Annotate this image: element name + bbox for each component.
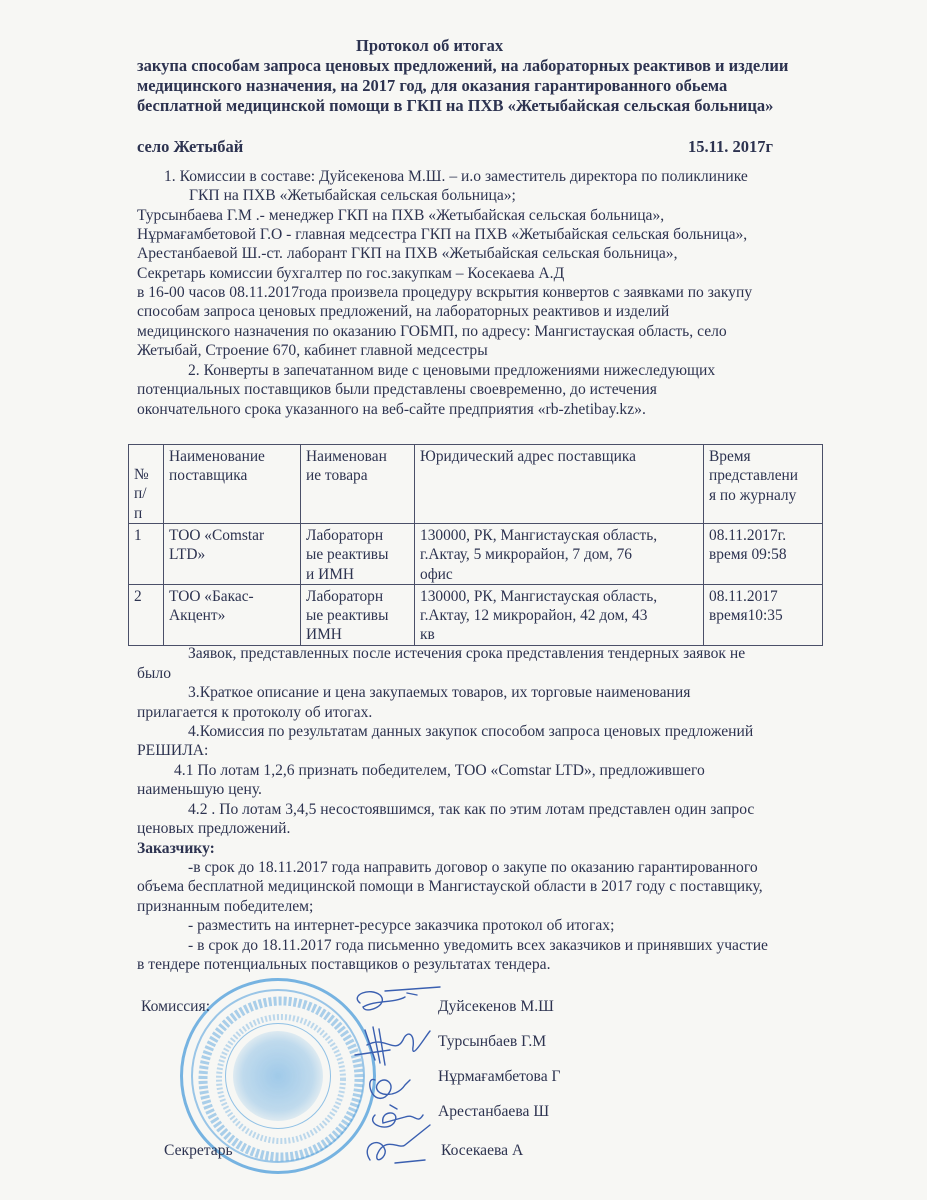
cell-submission-time: 08.11.2017 время10:35 [704, 584, 823, 645]
document-place: село Жетыбай [137, 137, 243, 157]
suppliers-table: № п/ п Наименование поставщика Наименова… [128, 444, 823, 646]
section4-1-line-2: наименьшую цену. [137, 780, 262, 799]
header-legal-address: Юридический адрес поставщика [415, 445, 704, 524]
late-bids-line-2: было [137, 664, 171, 683]
late-bids-line-1: Заявок, представленных после истечения с… [188, 644, 745, 663]
section2-line-1: 2. Конверты в запечатанном виде с ценовы… [188, 361, 715, 380]
cell-supplier-name: ТОО «Бакас- Акцент» [164, 584, 301, 645]
customer-heading: Заказчику: [137, 839, 215, 858]
section3-line-1: 3.Краткое описание и цена закупаемых тов… [188, 683, 690, 702]
section4-1-line-1: 4.1 По лотам 1,2,6 признать победителем,… [174, 761, 705, 780]
document-subtitle-line-2: медицинского назначения, на 2017 год, дл… [137, 76, 727, 95]
cell-number: 2 [129, 584, 164, 645]
section4-decided: РЕШИЛА: [137, 741, 208, 760]
section1-line-8: способам запроса ценовых предложений, на… [137, 302, 669, 321]
section3-line-2: прилагается к протоколу об итогах. [137, 703, 372, 722]
cell-legal-address: 130000, РК, Мангистауская область, г.Акт… [415, 524, 704, 585]
secretary-label: Секретарь [164, 1141, 233, 1160]
signatory-name-2: Турсынбаев Г.М [438, 1032, 546, 1051]
section4-2-line-1: 4.2 . По лотам 3,4,5 несостоявшимся, так… [188, 800, 754, 819]
section1-line-10: Жетыбай, Строение 670, кабинет главной м… [137, 341, 488, 360]
section1-line-4: Нұрмағамбетовой Г.О - главная медсестра … [137, 225, 747, 244]
cell-legal-address: 130000, РК, Мангистауская область, г.Акт… [415, 584, 704, 645]
header-supplier-name: Наименование поставщика [164, 445, 301, 524]
section2-line-3: окончательного срока указанного на веб-с… [137, 400, 646, 419]
customer-line-1: -в срок до 18.11.2017 года направить дог… [188, 858, 758, 877]
table-row: 1 ТОО «Comstar LTD» Лабораторн ые реакти… [129, 524, 823, 585]
cell-submission-time: 08.11.2017г. время 09:58 [704, 524, 823, 585]
header-submission-time: Время представлени я по журналу [704, 445, 823, 524]
section1-line-9: медицинского назначения по оказанию ГОБМ… [137, 322, 727, 341]
customer-line-4: - разместить на интернет-ресурсе заказчи… [188, 916, 614, 935]
commission-label: Комиссия: [141, 997, 210, 1016]
cell-product-name: Лабораторн ые реактивы и ИМН [301, 524, 415, 585]
document-subtitle-line-3: бесплатной медицинской помощи в ГКП на П… [137, 96, 773, 115]
table-header-row: № п/ п Наименование поставщика Наименова… [129, 445, 823, 524]
section1-line-1: 1. Комиссии в составе: Дуйсекенова М.Ш. … [164, 167, 748, 186]
header-number: № п/ п [129, 445, 164, 524]
cell-product-name: Лабораторн ые реактивы ИМН [301, 584, 415, 645]
cell-supplier-name: ТОО «Comstar LTD» [164, 524, 301, 585]
customer-line-3: признанным победителем; [137, 897, 313, 916]
section2-line-2: потенциальных поставщиков были представл… [137, 380, 657, 399]
cell-number: 1 [129, 524, 164, 585]
section1-line-6: Секретарь комиссии бухгалтер по гос.заку… [137, 264, 564, 283]
section1-line-7: в 16-00 часов 08.11.2017года произвела п… [137, 283, 752, 302]
document-date: 15.11. 2017г [688, 137, 773, 157]
signatory-name-1: Дуйсекенов М.Ш [438, 997, 554, 1016]
section1-line-5: Арестанбаевой Ш.-ст. лаборант ГКП на ПХВ… [137, 244, 677, 263]
customer-line-5: - в срок до 18.11.2017 года письменно ув… [188, 936, 768, 955]
section1-line-2: ГКП на ПХВ «Жетыбайская сельская больниц… [189, 186, 516, 205]
signatory-name-3: Нұрмағамбетова Г [438, 1067, 561, 1086]
section1-line-3: Турсынбаева Г.М .- менеджер ГКП на ПХВ «… [137, 206, 664, 225]
signatory-name-5: Косекаева А [441, 1141, 523, 1160]
section4-2-line-2: ценовых предложений. [137, 819, 290, 838]
header-product-name: Наименован ие товара [301, 445, 415, 524]
customer-line-6: в тендере потенциальных поставщиков о ре… [137, 955, 550, 974]
document-title: Протокол об итогах [356, 36, 503, 56]
table-row: 2 ТОО «Бакас- Акцент» Лабораторн ые реак… [129, 584, 823, 645]
signatory-name-4: Арестанбаева Ш [438, 1102, 549, 1121]
section4-line-1: 4.Комиссия по результатам данных закупок… [188, 722, 753, 741]
customer-line-2: объема бесплатной медицинской помощи в М… [137, 877, 763, 896]
document-subtitle-line-1: закупа способам запроса ценовых предложе… [137, 56, 788, 75]
